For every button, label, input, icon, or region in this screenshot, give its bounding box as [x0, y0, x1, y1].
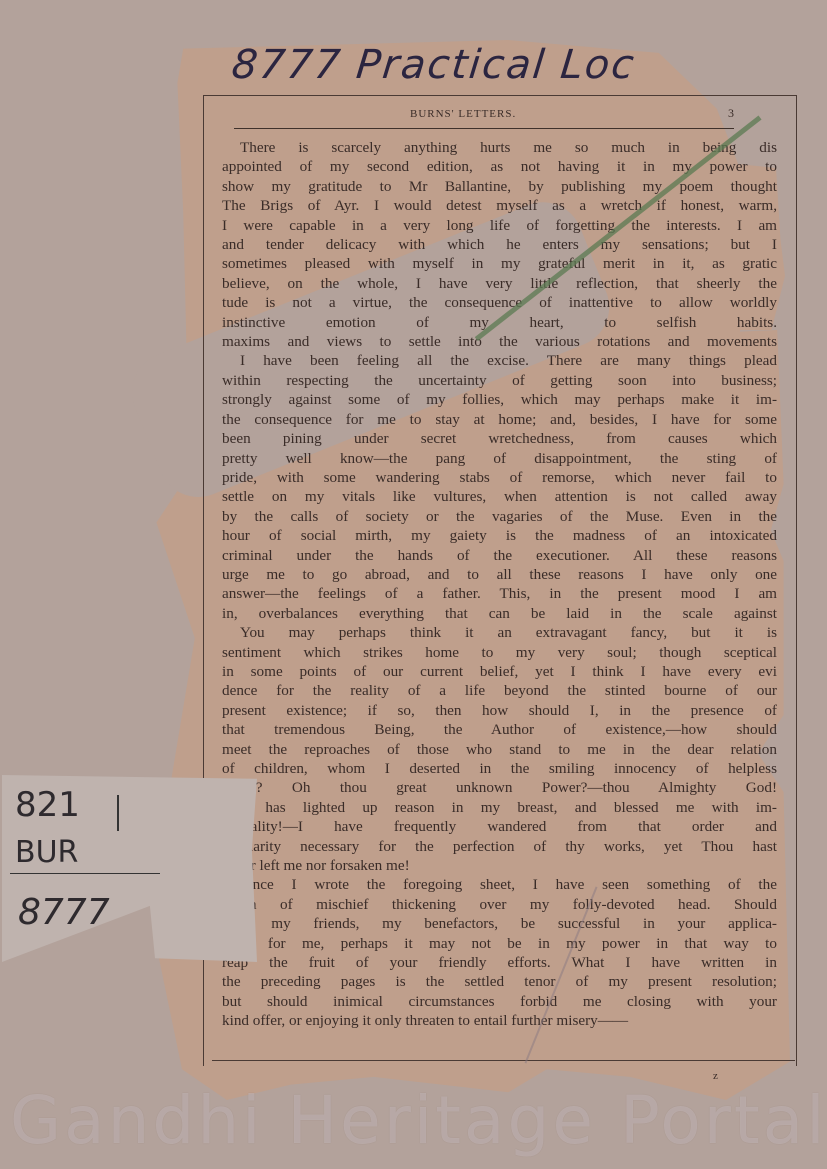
- text-line: believe, on the whole, I have very littl…: [222, 274, 777, 293]
- text-line: in, overbalances everything that can be …: [222, 604, 777, 623]
- text-line: strongly against some of my follies, whi…: [222, 390, 777, 409]
- text-line: I were capable in a very long life of fo…: [222, 216, 777, 235]
- text-line: tude is not a virtue, the consequence of…: [222, 293, 777, 312]
- text-line: criminal under the hands of the executio…: [222, 546, 777, 565]
- text-line: I have been feeling all the excise. Ther…: [222, 351, 777, 370]
- text-line: regularity necessary for the perfection …: [222, 837, 777, 856]
- text-line: who has lighted up reason in my breast, …: [222, 798, 777, 817]
- text-line: fancy? Oh thou great unknown Power?—thou…: [222, 778, 777, 797]
- text-line: never left me nor forsaken me!: [222, 856, 777, 875]
- text-line: There is scarcely anything hurts me so m…: [222, 138, 777, 157]
- text-line: mortality!—I have frequently wandered fr…: [222, 817, 777, 836]
- text-line: tions for me, perhaps it may not be in m…: [222, 934, 777, 953]
- text-line: that tremendous Being, the Author of exi…: [222, 720, 777, 739]
- letter-body: There is scarcely anything hurts me so m…: [222, 138, 777, 1031]
- label-divider: [10, 873, 160, 874]
- text-line: pride, with some wandering stabs of remo…: [222, 468, 777, 487]
- header-rule: [234, 128, 734, 129]
- text-line: settle on my vitals like vultures, when …: [222, 487, 777, 506]
- text-line: You may perhaps think it an extravagant …: [222, 623, 777, 642]
- text-line: you, my friends, my benefactors, be succ…: [222, 914, 777, 933]
- text-line: maxims and views to settle into the vari…: [222, 332, 777, 351]
- text-line: the preceding pages is the settled tenor…: [222, 972, 777, 991]
- text-line: present existence; if so, then how shoul…: [222, 701, 777, 720]
- label-accession-number: 8777: [18, 892, 110, 933]
- handwritten-annotation: 8777 Practical Loc: [230, 42, 638, 88]
- text-line: and tender delicacy with which he enters…: [222, 235, 777, 254]
- label-author-code: BUR: [15, 835, 78, 870]
- label-tick-mark: [117, 795, 119, 831]
- text-line: urge me to go abroad, and to all these r…: [222, 565, 777, 584]
- text-line: answer—the feelings of a father. This, i…: [222, 584, 777, 603]
- text-line: in some points of our current belief, ye…: [222, 662, 777, 681]
- text-line: the consequence for me to stay at home; …: [222, 410, 777, 429]
- running-head: BURNS' LETTERS.: [410, 108, 516, 120]
- page-border-bottom: [212, 1060, 795, 1061]
- text-line: meet the reproaches of those who stand t…: [222, 740, 777, 759]
- text-line: The Brigs of Ayr. I would detest myself …: [222, 196, 777, 215]
- text-line: of children, whom I deserted in the smil…: [222, 759, 777, 778]
- text-line: show my gratitude to Mr Ballantine, by p…: [222, 177, 777, 196]
- text-line: within respecting the uncertainty of get…: [222, 371, 777, 390]
- page-number: 3: [728, 106, 734, 121]
- signature-mark: z: [713, 1070, 718, 1082]
- text-line: dence for the reality of a life beyond t…: [222, 681, 777, 700]
- text-line: kind offer, or enjoying it only threaten…: [222, 1011, 777, 1030]
- text-line: hour of social mirth, my gaiety is the m…: [222, 526, 777, 545]
- text-line: been pining under secret wretchedness, f…: [222, 429, 777, 448]
- text-line: sometimes pleased with myself in my grat…: [222, 254, 777, 273]
- text-line: Since I wrote the foregoing sheet, I hav…: [222, 875, 777, 894]
- text-line: sentiment which strikes home to my very …: [222, 643, 777, 662]
- text-line: but should inimical circumstances forbid…: [222, 992, 777, 1011]
- text-line: reap the fruit of your friendly efforts.…: [222, 953, 777, 972]
- watermark: Gandhi Heritage Portal: [10, 1082, 827, 1159]
- label-class-number: 821: [15, 785, 80, 825]
- text-line: pretty well know—the pang of disappointm…: [222, 449, 777, 468]
- text-line: by the calls of society or the vagaries …: [222, 507, 777, 526]
- text-line: storm of mischief thickening over my fol…: [222, 895, 777, 914]
